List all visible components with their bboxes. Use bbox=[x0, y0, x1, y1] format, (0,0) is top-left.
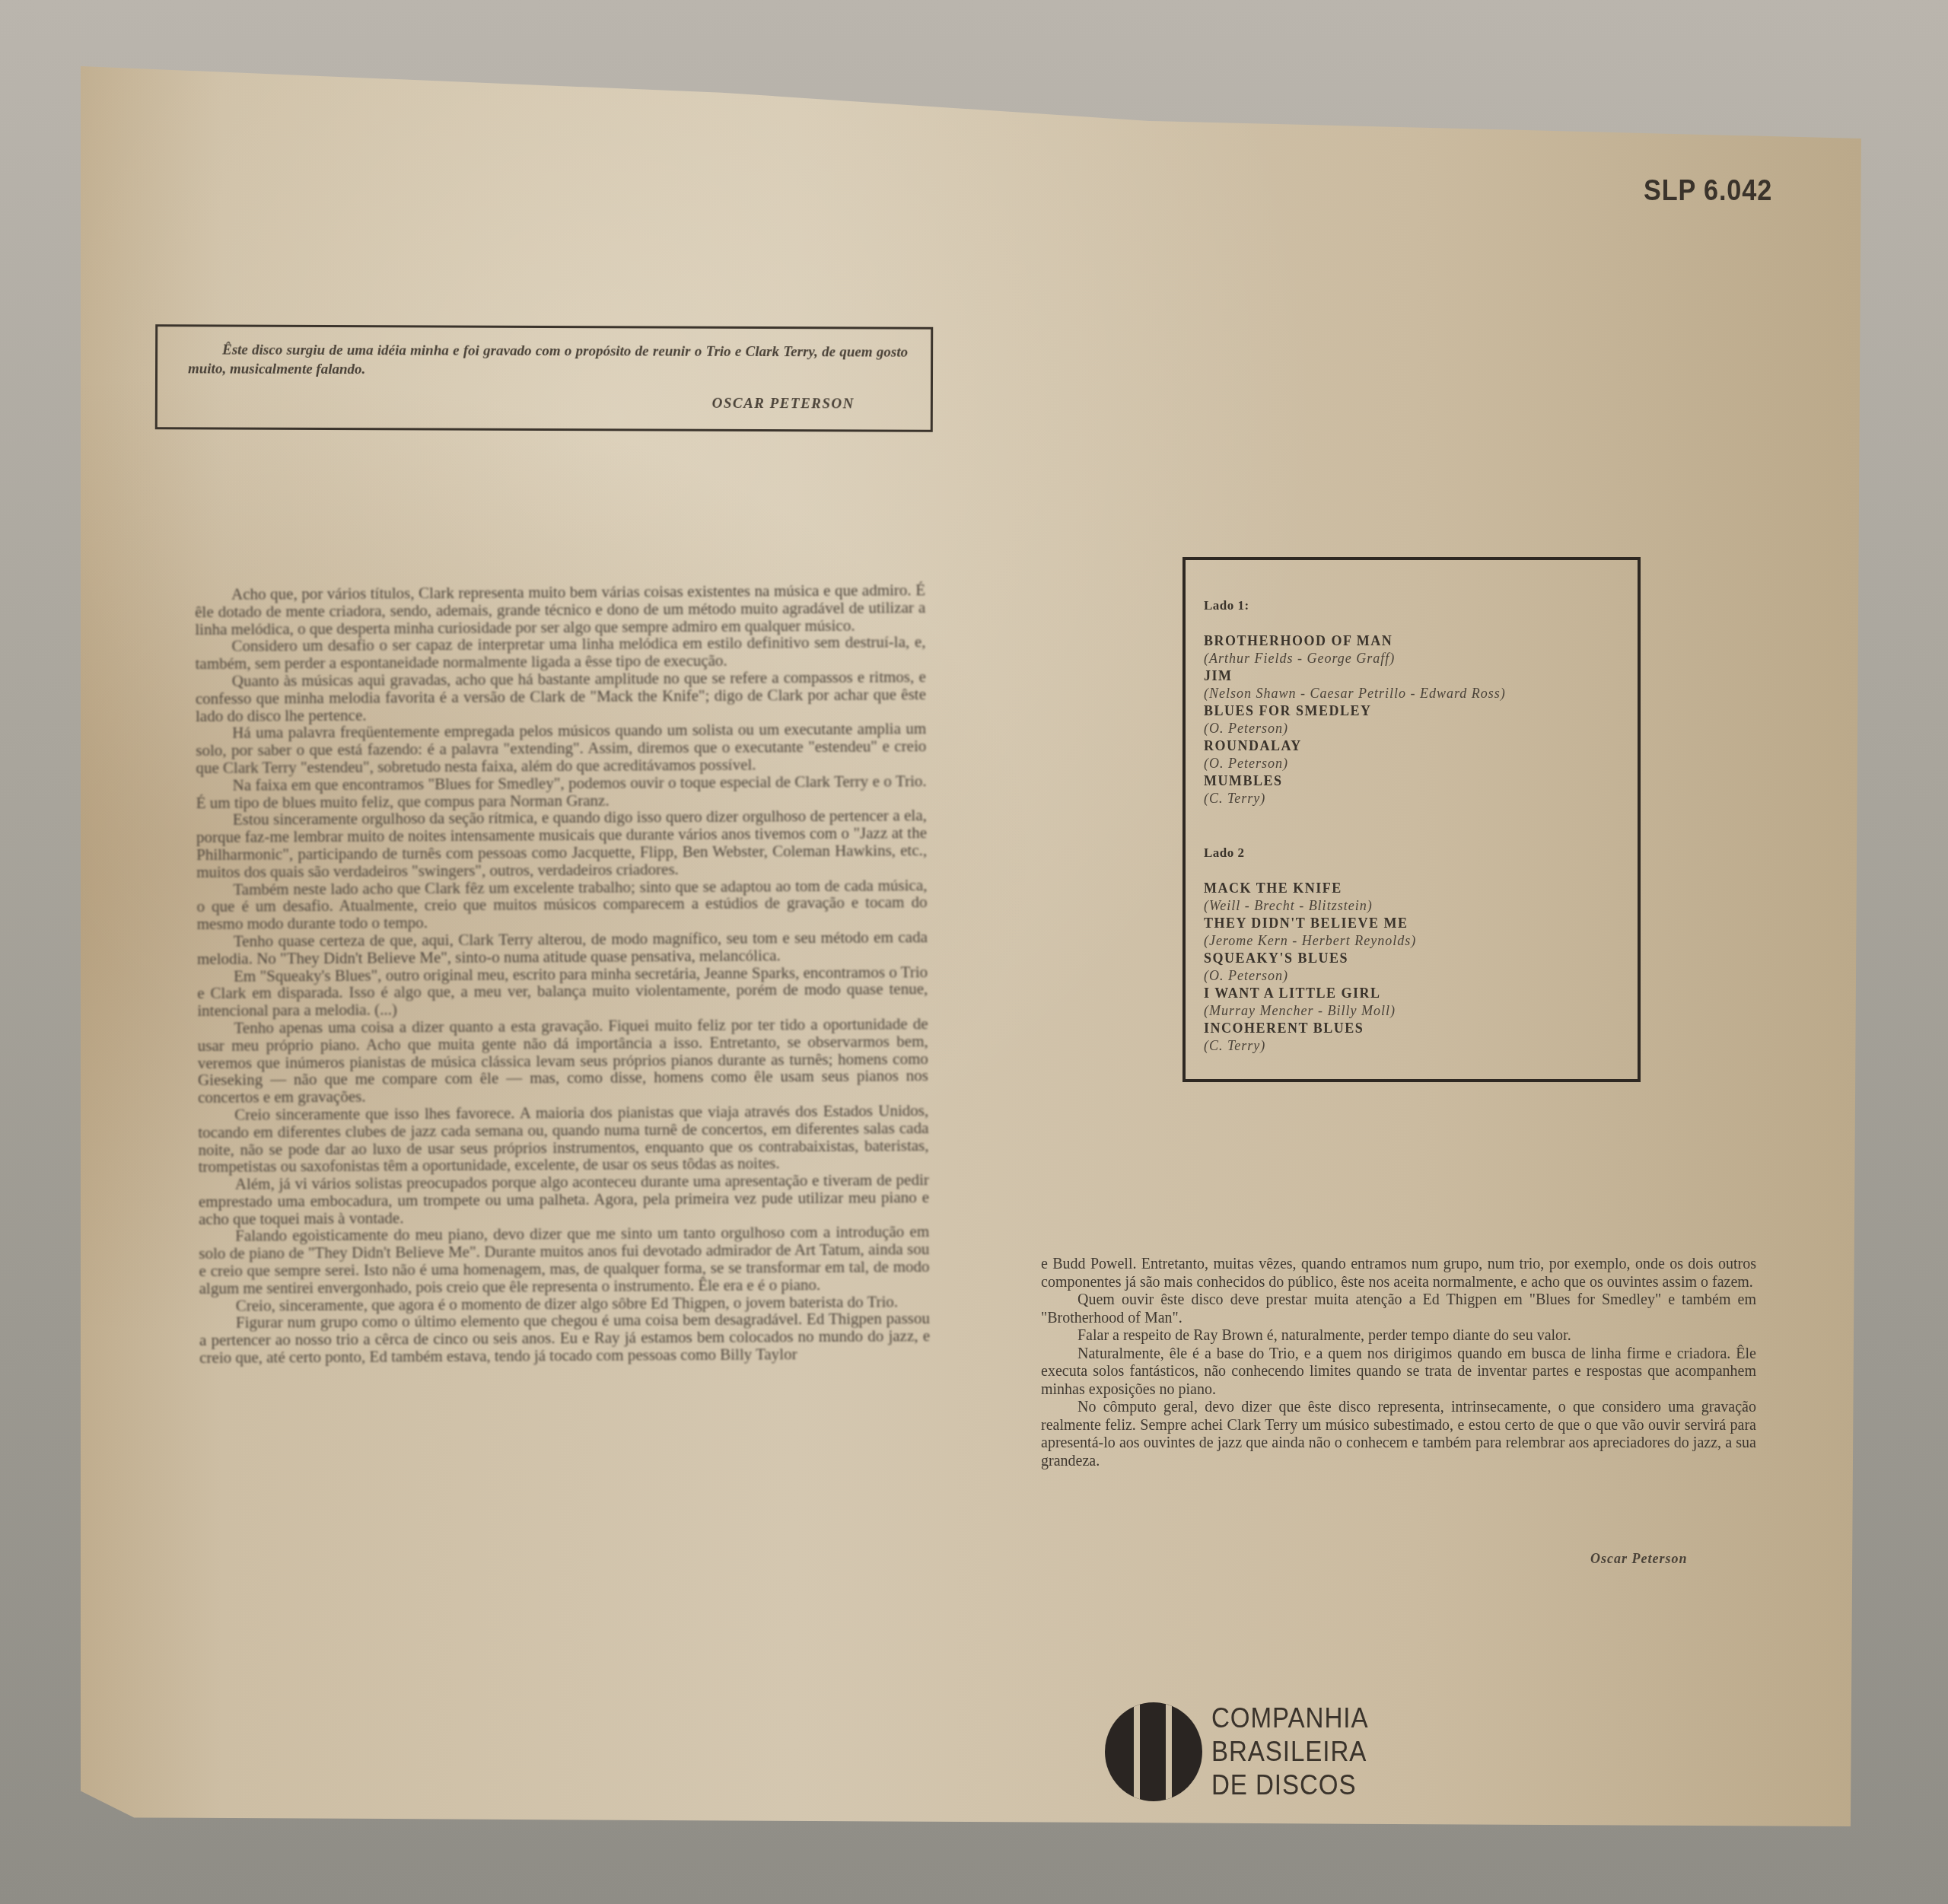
liner-paragraph: Tenho apenas uma coisa a dizer quanto a … bbox=[197, 1015, 928, 1106]
track-title: BLUES FOR SMEDLEY bbox=[1204, 702, 1621, 720]
liner-paragraph: Considero um desafio o ser capaz de inte… bbox=[195, 634, 925, 673]
liner-paragraph: Tenho quase certeza de que, aqui, Clark … bbox=[197, 928, 928, 967]
liner-paragraph: Há uma palavra freqüentemente empregada … bbox=[196, 721, 926, 777]
side-2: Lado 2 MACK THE KNIFE (Weill - Brecht - … bbox=[1204, 844, 1621, 1055]
liner-paragraph: Acho que, por vários títulos, Clark repr… bbox=[195, 581, 925, 638]
track-credit: (Murray Mencher - Billy Moll) bbox=[1204, 1002, 1621, 1020]
cbd-disc-logo-icon bbox=[1105, 1702, 1202, 1801]
liner-paragraph: Estou sinceramente orgulhoso da seção rí… bbox=[196, 807, 928, 880]
track-item: JIM (Nelson Shawn - Caesar Petrillo - Ed… bbox=[1204, 667, 1621, 702]
track-credit: (Jerome Kern - Herbert Reynolds) bbox=[1204, 932, 1621, 950]
track-title: I WANT A LITTLE GIRL bbox=[1204, 985, 1621, 1002]
track-title: JIM bbox=[1204, 667, 1621, 685]
liner-paragraph: Falando egoìsticamente do meu piano, dev… bbox=[199, 1224, 930, 1297]
track-credit: (Arthur Fields - George Graff) bbox=[1204, 650, 1621, 667]
track-credit: (C. Terry) bbox=[1204, 1037, 1621, 1055]
intro-quote-author: OSCAR PETERSON bbox=[188, 392, 908, 413]
liner-paragraph: Falar a respeito de Ray Brown é, natural… bbox=[1041, 1327, 1756, 1345]
liner-paragraph: Quem ouvir êste disco deve prestar muita… bbox=[1041, 1291, 1756, 1327]
liner-paragraph: Além, já vi vários solistas preocupados … bbox=[199, 1171, 929, 1227]
label-line: DE DISCOS bbox=[1211, 1769, 1368, 1802]
liner-paragraph: No cômputo geral, devo dizer que êste di… bbox=[1041, 1399, 1756, 1470]
liner-notes-signature: Oscar Peterson bbox=[1590, 1551, 1688, 1567]
track-item: SQUEAKY'S BLUES (O. Peterson) bbox=[1204, 950, 1621, 985]
liner-paragraph: Também neste lado acho que Clark fêz um … bbox=[196, 877, 927, 933]
record-label-logo: COMPANHIA BRASILEIRA DE DISCOS bbox=[1105, 1702, 1382, 1802]
track-credit: (Weill - Brecht - Blitzstein) bbox=[1204, 897, 1621, 915]
label-line: BRASILEIRA bbox=[1211, 1735, 1368, 1769]
track-item: BLUES FOR SMEDLEY (O. Peterson) bbox=[1204, 702, 1621, 737]
track-title: THEY DIDN'T BELIEVE ME bbox=[1204, 915, 1621, 932]
side-label: Lado 1: bbox=[1204, 597, 1621, 614]
track-item: MACK THE KNIFE (Weill - Brecht - Blitzst… bbox=[1204, 880, 1621, 915]
track-item: I WANT A LITTLE GIRL (Murray Mencher - B… bbox=[1204, 985, 1621, 1020]
liner-paragraph: Na faixa em que encontramos "Blues for S… bbox=[196, 772, 927, 811]
tracklist-box: Lado 1: BROTHERHOOD OF MAN (Arthur Field… bbox=[1182, 557, 1641, 1082]
liner-notes-right-column: e Budd Powell. Entretanto, muitas vêzes,… bbox=[1041, 1256, 1756, 1470]
side-label: Lado 2 bbox=[1204, 844, 1621, 861]
track-item: INCOHERENT BLUES (C. Terry) bbox=[1204, 1020, 1621, 1055]
intro-quote-text: Êste disco surgiu de uma idéia minha e f… bbox=[188, 340, 908, 380]
track-credit: (C. Terry) bbox=[1204, 790, 1621, 807]
track-item: MUMBLES (C. Terry) bbox=[1204, 772, 1621, 807]
record-label-name: COMPANHIA BRASILEIRA DE DISCOS bbox=[1211, 1702, 1382, 1802]
liner-paragraph: e Budd Powell. Entretanto, muitas vêzes,… bbox=[1041, 1256, 1756, 1291]
track-credit: (O. Peterson) bbox=[1204, 755, 1621, 772]
liner-notes-left-column: Acho que, por vários títulos, Clark repr… bbox=[195, 581, 930, 1367]
track-title: INCOHERENT BLUES bbox=[1204, 1020, 1621, 1037]
track-credit: (Nelson Shawn - Caesar Petrillo - Edward… bbox=[1204, 685, 1621, 702]
track-title: MACK THE KNIFE bbox=[1204, 880, 1621, 897]
track-title: ROUNDALAY bbox=[1204, 737, 1621, 755]
liner-paragraph: Naturalmente, êle é a base do Trio, e a … bbox=[1041, 1345, 1756, 1399]
label-line: COMPANHIA bbox=[1211, 1702, 1368, 1735]
track-credit: (O. Peterson) bbox=[1204, 967, 1621, 985]
track-title: BROTHERHOOD OF MAN bbox=[1204, 632, 1621, 650]
liner-paragraph: Quanto às músicas aqui gravadas, acho qu… bbox=[196, 668, 926, 724]
side-1: Lado 1: BROTHERHOOD OF MAN (Arthur Field… bbox=[1204, 597, 1621, 807]
liner-paragraph: Creio sinceramente que isso lhes favorec… bbox=[198, 1102, 929, 1176]
track-item: THEY DIDN'T BELIEVE ME (Jerome Kern - He… bbox=[1204, 915, 1621, 950]
liner-paragraph: Figurar num grupo como o último elemento… bbox=[199, 1310, 930, 1367]
liner-paragraph: Em "Squeaky's Blues", outro original meu… bbox=[197, 963, 928, 1020]
track-item: BROTHERHOOD OF MAN (Arthur Fields - Geor… bbox=[1204, 632, 1621, 667]
catalog-number: SLP 6.042 bbox=[1644, 175, 1772, 208]
track-title: MUMBLES bbox=[1204, 772, 1621, 790]
track-item: ROUNDALAY (O. Peterson) bbox=[1204, 737, 1621, 772]
track-title: SQUEAKY'S BLUES bbox=[1204, 950, 1621, 967]
track-credit: (O. Peterson) bbox=[1204, 720, 1621, 737]
intro-quote-box: Êste disco surgiu de uma idéia minha e f… bbox=[155, 324, 933, 432]
